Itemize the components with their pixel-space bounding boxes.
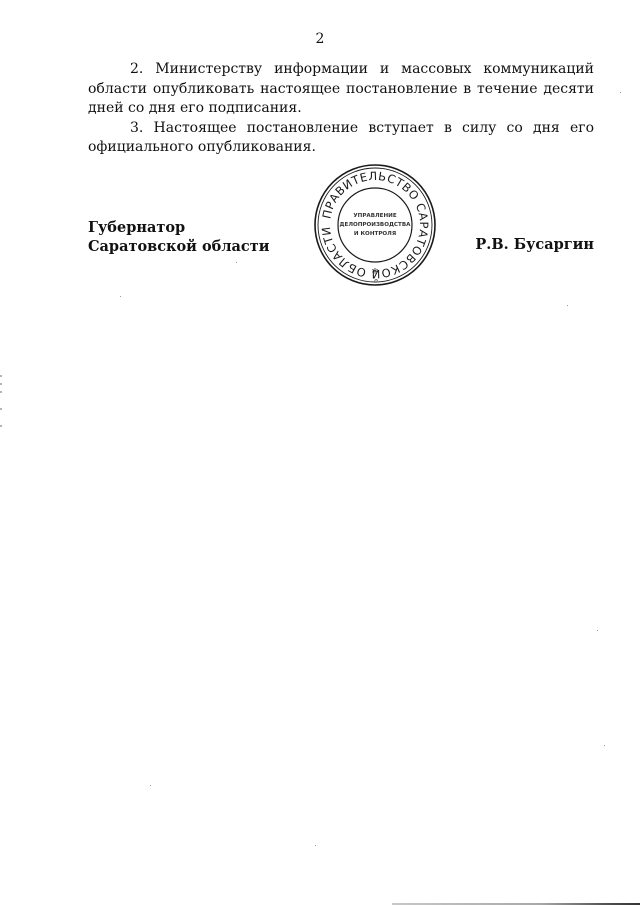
document-body: 2. Министерству информации и массовых ко…	[88, 60, 594, 158]
paragraph-publication: 2. Министерству информации и массовых ко…	[88, 60, 594, 119]
scan-speck	[604, 745, 605, 746]
signatory-name: Р.В. Бусаргин	[475, 236, 594, 253]
scan-speck	[241, 110, 242, 111]
scan-speck	[315, 845, 316, 846]
scan-speck	[597, 630, 598, 631]
scan-speck	[567, 305, 568, 306]
scan-speck	[120, 296, 121, 297]
paragraph-effective-date: 3. Настоящее постановление вступает в си…	[88, 119, 594, 158]
scan-speck	[150, 785, 151, 786]
signatory-title: Губернатор Саратовской области	[88, 218, 270, 256]
stamp-inner-line-3: И КОНТРОЛЯ	[354, 231, 396, 237]
stamp-inner-line-2: ДЕЛОПРОИЗВОДСТВА	[340, 222, 412, 228]
signatory-region: Саратовской области	[88, 237, 270, 256]
scan-speck	[620, 92, 621, 93]
stamp-inner-line-1: УПРАВЛЕНИЕ	[353, 213, 397, 219]
page-number: 2	[0, 31, 640, 47]
stamp-star-icon: *	[372, 266, 378, 280]
scan-edge-marks	[0, 370, 2, 430]
signatory-position: Губернатор	[88, 218, 270, 237]
official-stamp: ПРАВИТЕЛЬСТВО САРАТОВСКОЙ ОБЛАСТИ УПРАВЛ…	[312, 162, 438, 288]
scan-speck	[236, 262, 237, 263]
stamp-seal-icon: ПРАВИТЕЛЬСТВО САРАТОВСКОЙ ОБЛАСТИ УПРАВЛ…	[312, 162, 438, 288]
